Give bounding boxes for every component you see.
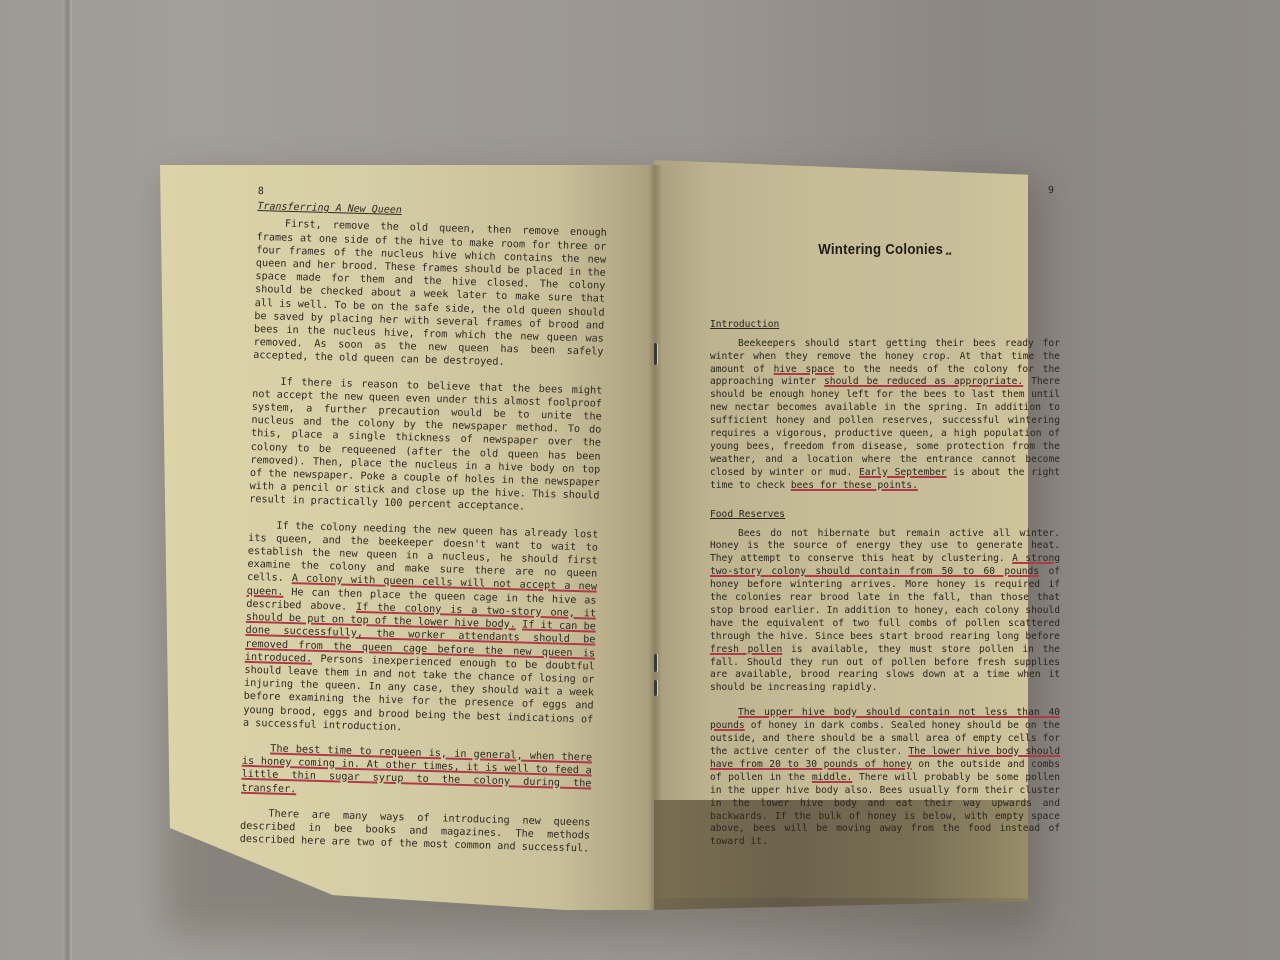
- right-page-content: 9 Wintering Colonies** IntroductionBeeke…: [710, 185, 1060, 861]
- section-heading-transferring: Transferring A New Queen: [257, 200, 402, 217]
- staple-bottom-lower: [654, 680, 657, 696]
- paragraph-1: Beekeepers should start getting their be…: [710, 338, 1060, 493]
- paragraph-1: First, remove the old queen, then remove…: [253, 217, 607, 372]
- paragraph-1: Bees do not hibernate but remain active …: [710, 528, 1060, 696]
- highlighted-text: fresh pollen: [710, 644, 782, 655]
- open-booklet: 8 Transferring A New Queen First, remove…: [0, 0, 1280, 960]
- left-page-content: 8 Transferring A New Queen First, remove…: [239, 185, 608, 868]
- staple-top: [654, 343, 657, 365]
- chapter-title: Wintering Colonies**: [731, 244, 1039, 263]
- paragraph-2: If there is reason to believe that the b…: [249, 375, 603, 517]
- highlighted-text: The best time to requeen is, in general,…: [241, 743, 592, 794]
- staple-bottom-upper: [654, 654, 657, 672]
- highlighted-text: Early September: [859, 467, 947, 478]
- body-text: Bees do not hibernate but remain active …: [710, 528, 1060, 565]
- section-heading-food-reserves: Food Reserves: [710, 509, 785, 522]
- highlighted-text: middle.: [812, 772, 852, 783]
- title-footnote-mark: **: [946, 251, 952, 260]
- paragraph-2: The upper hive body should contain not l…: [710, 707, 1060, 849]
- page-number-right: 9: [710, 185, 1060, 198]
- left-page-paragraphs: First, remove the old queen, then remove…: [240, 217, 607, 855]
- center-fold: [648, 165, 662, 910]
- section-heading-introduction: Introduction: [710, 319, 779, 332]
- highlighted-text: bees for these points.: [791, 480, 918, 491]
- highlighted-text: should be reduced as appropriate.: [824, 376, 1023, 387]
- body-text: There are many ways of introducing new q…: [240, 808, 591, 854]
- body-text: There should be enough honey left for th…: [710, 376, 1060, 477]
- paragraph-5: There are many ways of introducing new q…: [240, 806, 591, 855]
- body-text: There will probably be some pollen in th…: [710, 772, 1060, 848]
- highlighted-text: hive space: [774, 364, 835, 375]
- body-text: of honey before wintering arrives. More …: [710, 566, 1060, 642]
- paragraph-4: The best time to requeen is, in general,…: [241, 742, 592, 805]
- body-text: First, remove the old queen, then remove…: [253, 219, 607, 368]
- right-page-sections: IntroductionBeekeepers should start gett…: [710, 315, 1060, 849]
- paragraph-3: If the colony needing the new queen has …: [243, 519, 599, 740]
- body-text: Persons inexperienced enough to be doubt…: [243, 653, 595, 733]
- chapter-title-text: Wintering Colonies: [818, 241, 943, 258]
- body-text: If there is reason to believe that the b…: [249, 376, 602, 513]
